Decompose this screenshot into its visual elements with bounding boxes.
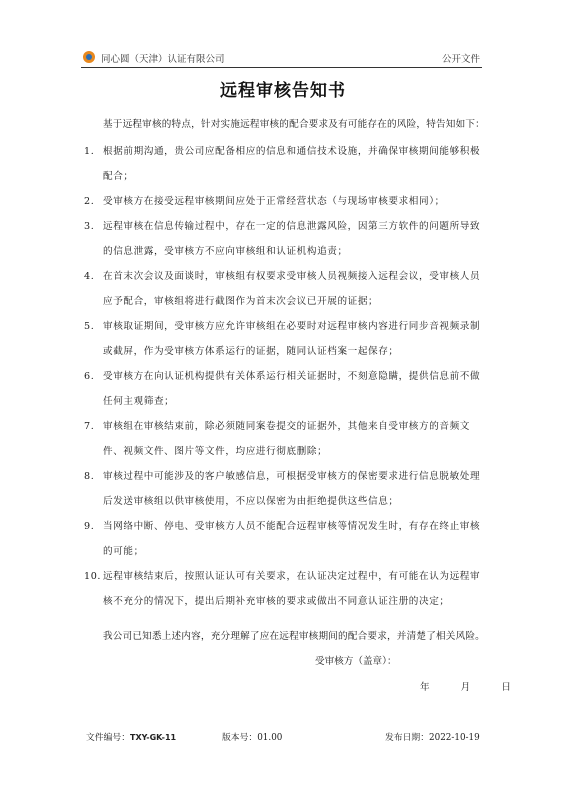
- list-item: 4.在首末次会议及面谈时，审核组有权要求受审核人员视频接入远程会议，受审核人员应…: [84, 264, 484, 314]
- month-label: 月: [461, 682, 471, 693]
- doc-id-label: 文件编号：: [86, 733, 130, 743]
- release-value: 2022-10-19: [429, 733, 480, 743]
- item-text: 审核组在审核结束前，除必须随同案卷提交的证据外，其他来自受审核方的音频文件、视频…: [103, 414, 484, 464]
- day-label: 日: [501, 682, 511, 693]
- page-header: 同心圆（天津）认证有限公司 公开文件: [81, 50, 482, 68]
- company-name: 同心圆（天津）认证有限公司: [101, 51, 225, 65]
- item-text: 远程审核在信息传输过程中，存在一定的信息泄露风险，因第三方软件的问题所导致的信息…: [103, 214, 484, 264]
- list-item: 7.审核组在审核结束前，除必须随同案卷提交的证据外，其他来自受审核方的音频文件、…: [84, 414, 484, 464]
- list-item: 5.审核取证期间，受审核方应允许审核组在必要时对远程审核内容进行同步音视频录制或…: [84, 314, 484, 364]
- item-number: 1.: [84, 139, 94, 164]
- list-item: 9.当网络中断、停电、受审核方人员不能配合远程审核等情况发生时，有存在终止审核的…: [84, 514, 484, 564]
- item-number: 7.: [84, 414, 94, 439]
- footer-document-id: 文件编号：TXY-GK-11: [86, 730, 176, 743]
- item-number: 10.: [84, 564, 101, 589]
- list-item: 6.受审核方在向认证机构提供有关体系运行相关证据时，不刻意隐瞒，提供信息前不做任…: [84, 364, 484, 414]
- item-number: 5.: [84, 314, 94, 339]
- item-text: 远程审核结束后，按照认证认可有关要求，在认证决定过程中，有可能在认为远程审核不充…: [103, 564, 484, 614]
- company-logo-icon: [83, 51, 95, 63]
- year-label: 年: [420, 682, 430, 693]
- document-classification: 公开文件: [442, 51, 480, 65]
- item-text: 受审核方在向认证机构提供有关体系运行相关证据时，不刻意隐瞒，提供信息前不做任何主…: [103, 364, 484, 414]
- item-number: 6.: [84, 364, 94, 389]
- footer-release-date: 发布日期：2022-10-19: [385, 730, 480, 743]
- item-number: 2.: [84, 189, 94, 214]
- item-text: 审核取证期间，受审核方应允许审核组在必要时对远程审核内容进行同步音视频录制或截屏…: [103, 314, 484, 364]
- release-label: 发布日期：: [385, 733, 429, 743]
- item-text: 当网络中断、停电、受审核方人员不能配合远程审核等情况发生时，有存在终止审核的可能…: [103, 514, 484, 564]
- list-item: 2.受审核方在接受远程审核期间应处于正常经营状态（与现场审核要求相同）；: [84, 189, 484, 214]
- notice-list: 1.根据前期沟通，贵公司应配备相应的信息和通信技术设施，并确保审核期间能够积极配…: [84, 139, 484, 614]
- intro-paragraph: 基于远程审核的特点，针对实施远程审核的配合要求及有可能存在的风险，特告知如下：: [103, 116, 485, 130]
- item-text: 审核过程中可能涉及的客户敏感信息，可根据受审核方的保密要求进行信息脱敏处理后发送…: [103, 464, 484, 514]
- signature-label: 受审核方（盖章）：: [315, 653, 397, 667]
- item-text: 根据前期沟通，贵公司应配备相应的信息和通信技术设施，并确保审核期间能够积极配合；: [103, 139, 484, 189]
- list-item: 1.根据前期沟通，贵公司应配备相应的信息和通信技术设施，并确保审核期间能够积极配…: [84, 139, 484, 189]
- item-number: 4.: [84, 264, 94, 289]
- list-item: 8.审核过程中可能涉及的客户敏感信息，可根据受审核方的保密要求进行信息脱敏处理后…: [84, 464, 484, 514]
- list-item: 10.远程审核结束后，按照认证认可有关要求，在认证决定过程中，有可能在认为远程审…: [84, 564, 484, 614]
- version-label: 版本号：: [222, 733, 257, 743]
- version-value: 01.00: [257, 733, 282, 743]
- item-text: 受审核方在接受远程审核期间应处于正常经营状态（与现场审核要求相同）；: [103, 189, 484, 214]
- item-number: 8.: [84, 464, 94, 489]
- item-number: 9.: [84, 514, 94, 539]
- doc-id-value: TXY-GK-11: [130, 733, 176, 742]
- document-page: 同心圆（天津）认证有限公司 公开文件 远程审核告知书 基于远程审核的特点，针对实…: [0, 0, 566, 800]
- footer-version: 版本号：01.00: [222, 730, 282, 743]
- item-number: 3.: [84, 214, 94, 239]
- document-title: 远程审核告知书: [0, 76, 566, 101]
- list-item: 3.远程审核在信息传输过程中，存在一定的信息泄露风险，因第三方软件的问题所导致的…: [84, 214, 484, 264]
- acknowledgement-paragraph: 我公司已知悉上述内容，充分理解了应在远程审核期间的配合要求，并清楚了相关风险。: [103, 628, 485, 642]
- signature-date: 年 月 日: [420, 679, 525, 693]
- item-text: 在首末次会议及面谈时，审核组有权要求受审核人员视频接入远程会议，受审核人员应予配…: [103, 264, 484, 314]
